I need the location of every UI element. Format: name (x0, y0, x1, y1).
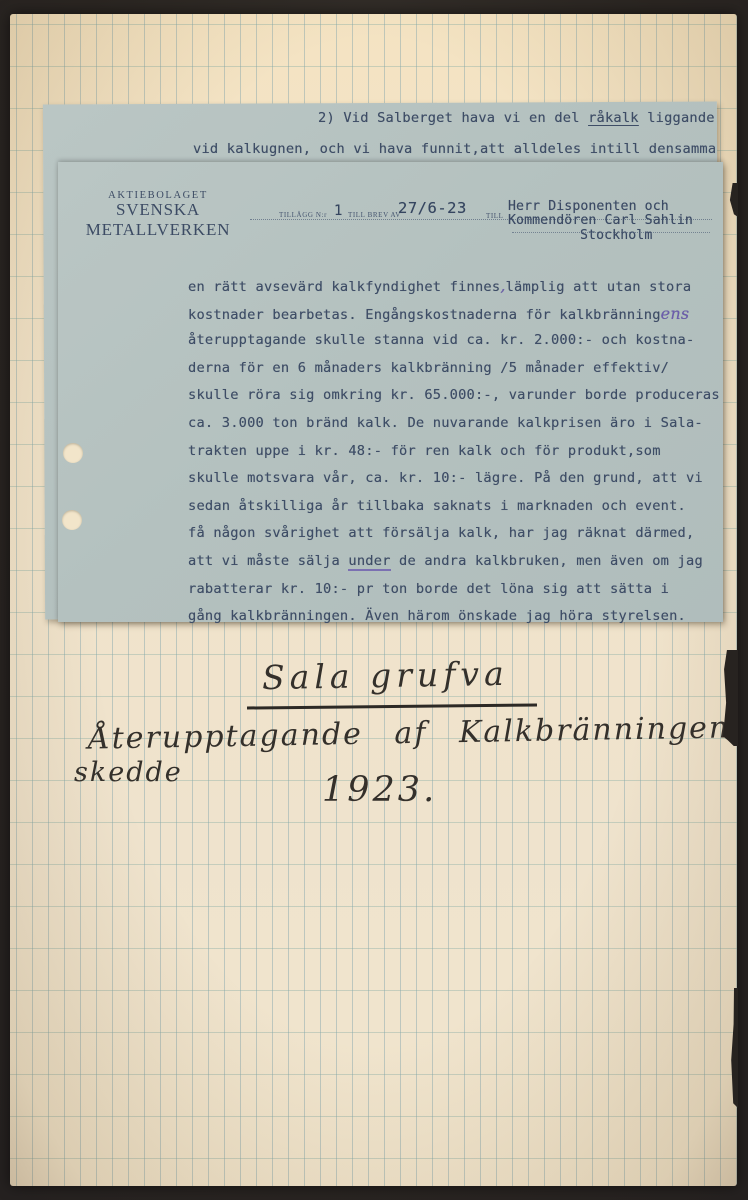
typed-line: ca. 3.000 ton bränd kalk. De nuvarande k… (188, 410, 720, 438)
typed-letter-body: en rätt avsevärd kalkfyndighet finnes,lä… (188, 272, 720, 631)
reference-letter-label: TILL BREV AV (348, 211, 401, 219)
typed-text: kostnader bearbetas. Engångskostnaderna … (188, 307, 661, 323)
typed-text: återupptagande skulle stanna vid ca. kr.… (188, 332, 694, 348)
typed-text: rabatterar kr. 10:- pr ton borde det lön… (188, 581, 669, 597)
typed-text: skulle röra sig omkring kr. 65.000:-, va… (188, 387, 720, 403)
typed-text: råkalk (588, 110, 639, 126)
typed-text: de andra kalkbruken, men även om jag (391, 553, 703, 569)
typed-note-line: 2) Vid Salberget hava vi en del råkalk l… (318, 110, 715, 126)
hole-punch-bottom (62, 510, 82, 530)
typed-line: en rätt avsevärd kalkfyndighet finnes,lä… (188, 272, 720, 300)
typed-line: återupptagande skulle stanna vid ca. kr.… (188, 327, 720, 355)
typed-text: en rätt avsevärd kalkfyndighet finnes (188, 279, 500, 295)
typed-line: få någon svårighet att försälja kalk, ha… (188, 520, 720, 548)
typed-text: liggande (639, 110, 715, 126)
typed-text: gång kalkbränningen. Även härom önskade … (188, 608, 686, 624)
typed-text: derna för en 6 månaders kalkbränning /5 … (188, 360, 669, 376)
company-name-block: AKTIEBOLAGET SVENSKA METALLVERKEN (62, 190, 254, 240)
handwritten-year: 1923. (322, 770, 437, 810)
typed-line: derna för en 6 månaders kalkbränning /5 … (188, 355, 720, 383)
typed-text: lämplig att utan stora (506, 279, 692, 295)
typed-line: att vi måste sälja under de andra kalkbr… (188, 548, 720, 576)
typed-text: ca. 3.000 ton bränd kalk. De nuvarande k… (188, 415, 703, 431)
typed-text: trakten uppe i kr. 48:- för ren kalk och… (188, 443, 661, 459)
typed-line: rabatterar kr. 10:- pr ton borde det lön… (188, 576, 720, 604)
photo-frame: 2) Vid Salberget hava vi en del råkalk l… (0, 0, 748, 1200)
handwritten-note-line: skedde (74, 757, 183, 788)
typed-text: vid kalkugnen, och vi hava funnit,att al… (193, 141, 716, 157)
ink-annotation: under (348, 553, 390, 571)
typed-line: skulle motsvara vår, ca. kr. 10:- lägre.… (188, 465, 720, 493)
typed-line: kostnader bearbetas. Engångskostnaderna … (188, 300, 720, 328)
typed-line: trakten uppe i kr. 48:- för ren kalk och… (188, 438, 720, 466)
ink-annotation: ens (661, 304, 690, 323)
reference-letter-date: 27/6-23 (398, 199, 467, 217)
company-name-large: SVENSKA METALLVERKEN (62, 200, 254, 240)
typed-line: gång kalkbränningen. Även härom önskade … (188, 603, 720, 631)
supplement-number-label: TILLÄGG N:r (279, 211, 327, 219)
handwritten-title: Sala grufva (262, 654, 509, 697)
to-label: TILL (486, 212, 504, 220)
recipient-dotted-rule (512, 218, 710, 233)
hole-punch-top (63, 443, 83, 463)
supplement-number-value: 1 (334, 203, 343, 219)
typed-text: skulle motsvara vår, ca. kr. 10:- lägre.… (188, 470, 703, 486)
typed-text: att vi måste sälja (188, 553, 348, 569)
typed-text: få någon svårighet att försälja kalk, ha… (188, 525, 694, 541)
typed-text: 2) Vid Salberget hava vi en del (318, 110, 588, 126)
typed-note-line: vid kalkugnen, och vi hava funnit,att al… (193, 141, 716, 157)
typed-line: sedan åtskilliga år tillbaka saknats i m… (188, 493, 720, 521)
typed-text: sedan åtskilliga år tillbaka saknats i m… (188, 498, 686, 514)
typed-line: skulle röra sig omkring kr. 65.000:-, va… (188, 382, 720, 410)
